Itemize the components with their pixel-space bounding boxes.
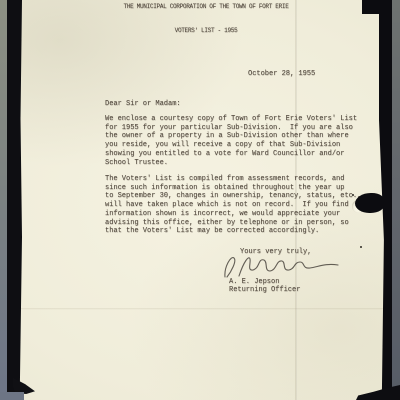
photo-margin-left	[0, 0, 8, 400]
dark-backing-blob-mid-right	[355, 193, 385, 213]
letter-org-heading: THE MUNICIPAL CORPORATION OF THE TOWN OF…	[22, 3, 390, 10]
photo-margin-right	[392, 0, 400, 400]
letter-title-heading: VOTERS' LIST - 1955	[22, 27, 390, 34]
letter-date: October 28, 1955	[248, 70, 315, 79]
letter-salutation: Dear Sir or Madam:	[105, 100, 181, 109]
photo-margin-bottom-left	[0, 392, 24, 400]
horizontal-fold-crease	[20, 308, 390, 310]
signer-title: Returning Officer	[229, 286, 300, 295]
dark-backing-left	[7, 0, 22, 395]
letter-paragraph-2: The Voters' List is compiled from assess…	[105, 175, 361, 236]
letter-paragraph-1: We enclose a courtesy copy of Town of Fo…	[105, 115, 357, 167]
scanned-letter-photo: THE MUNICIPAL CORPORATION OF THE TOWN OF…	[0, 0, 400, 400]
